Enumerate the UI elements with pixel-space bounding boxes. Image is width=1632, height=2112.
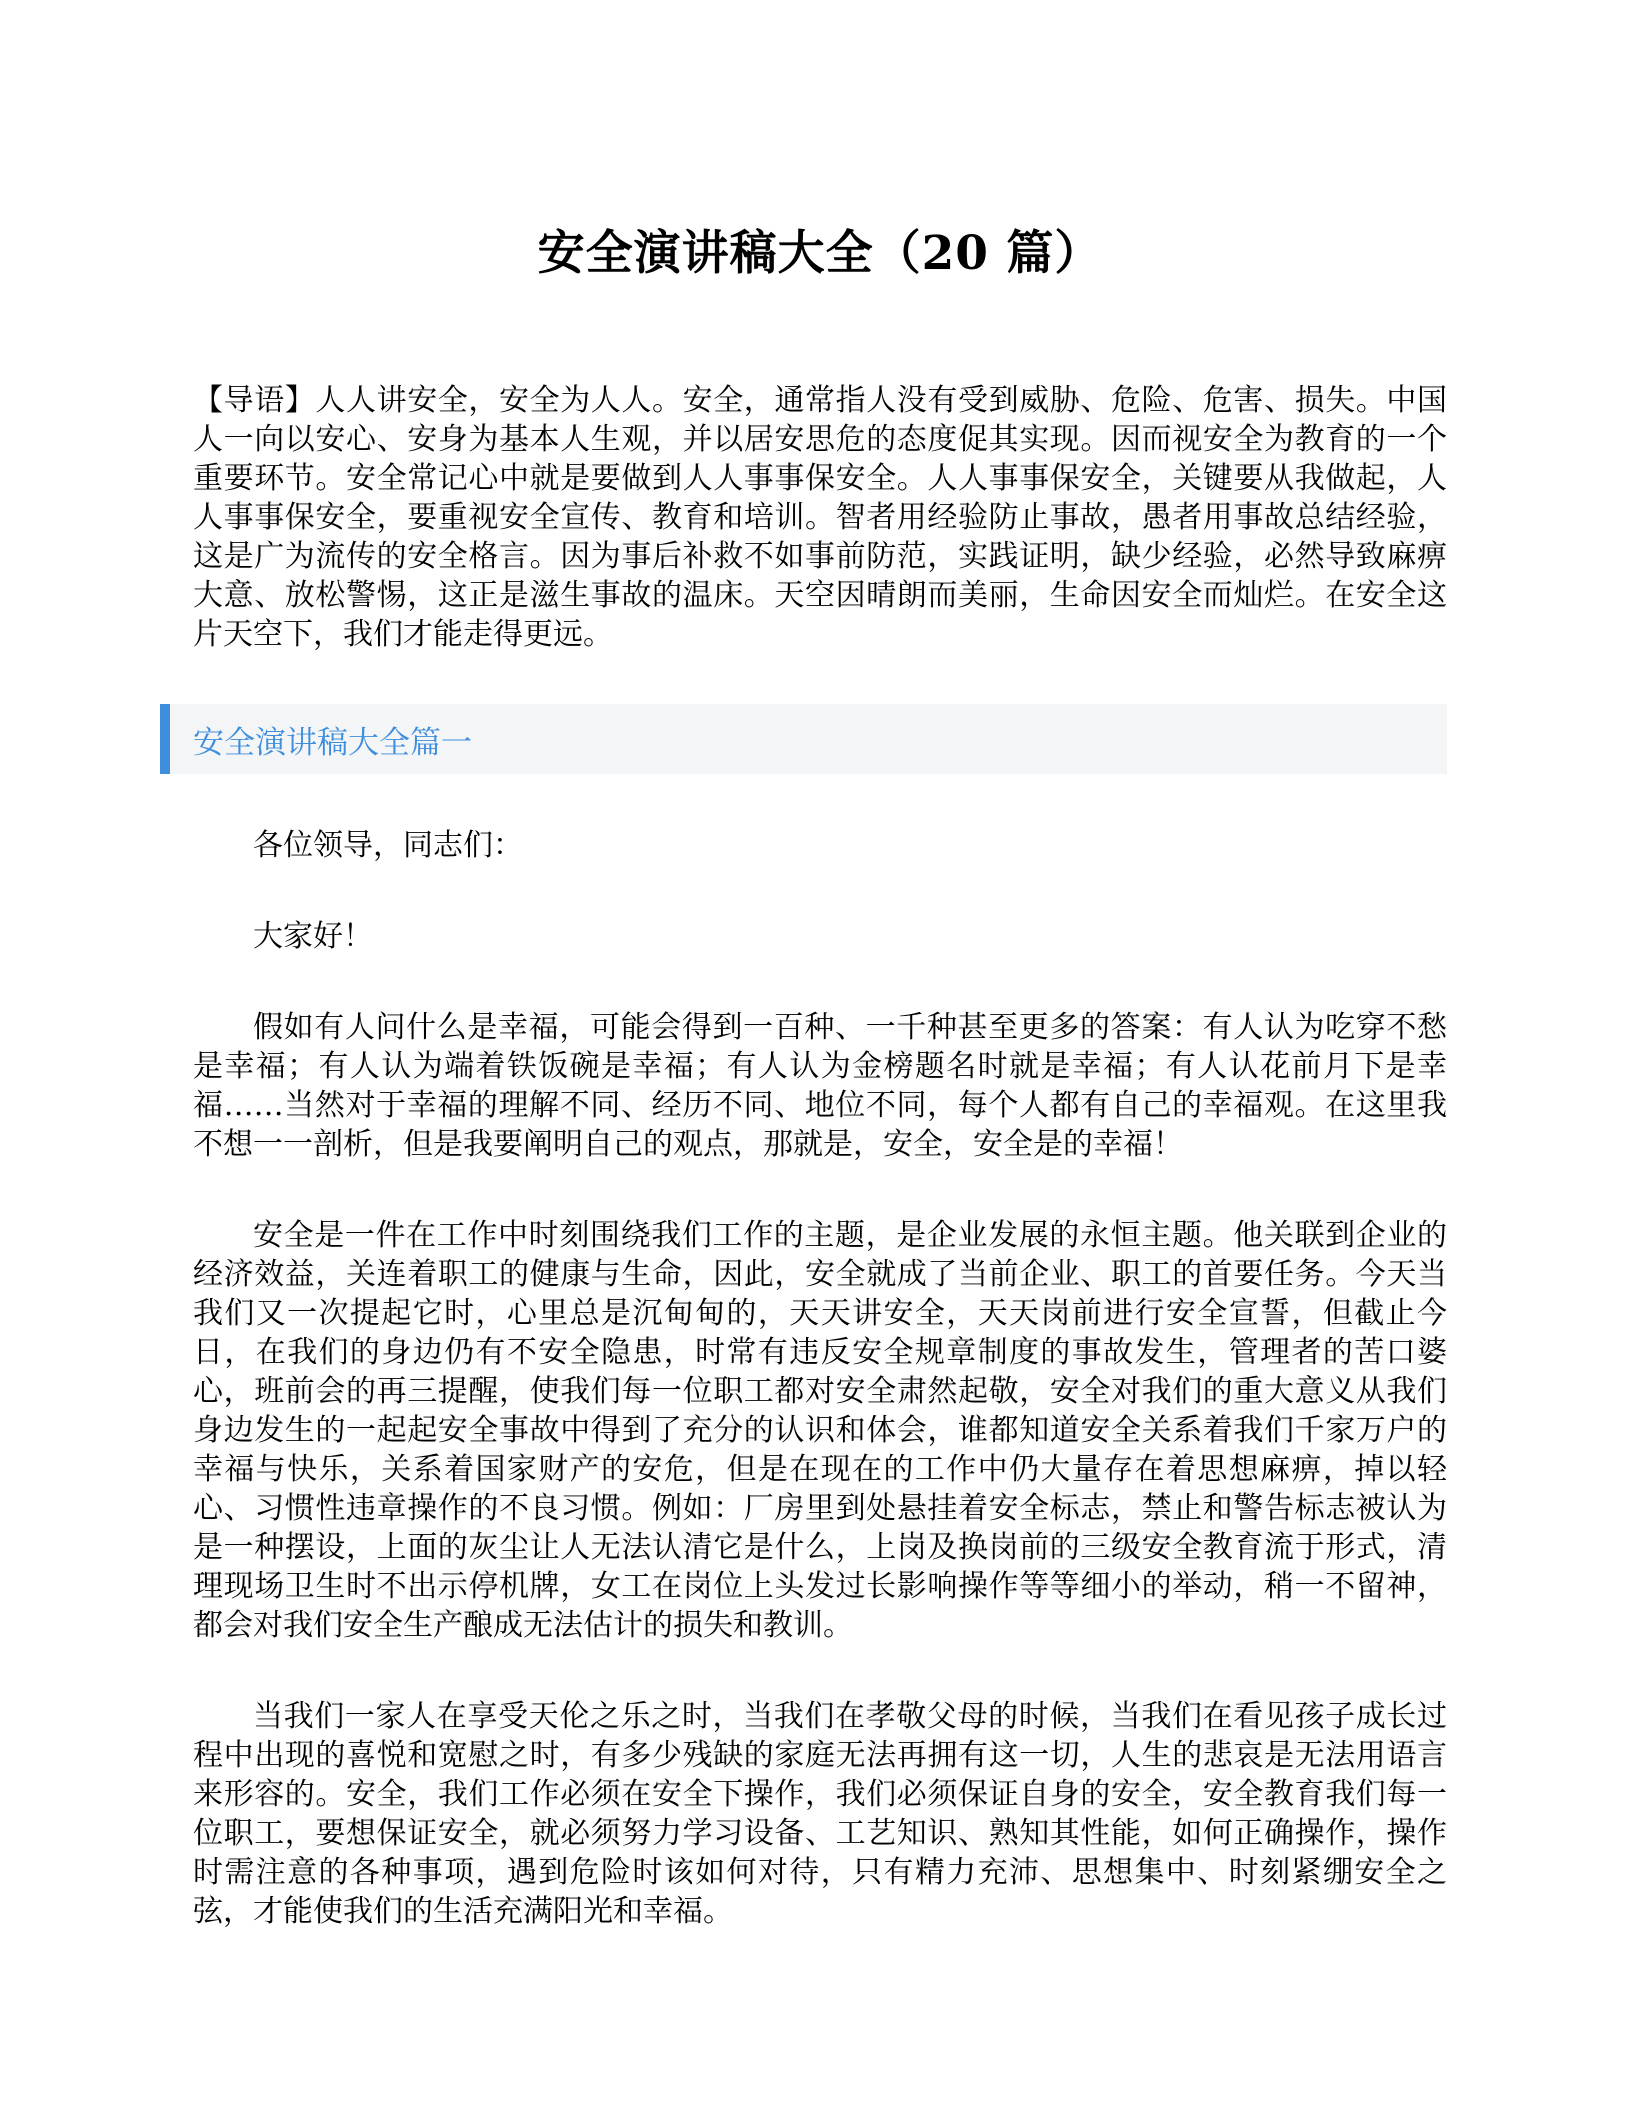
document-page: 安全演讲稿大全（20 篇） 【导语】人人讲安全，安全为人人。安全，通常指人没有受… [0,0,1632,2112]
document-content: 安全演讲稿大全（20 篇） 【导语】人人讲安全，安全为人人。安全，通常指人没有受… [0,0,1632,1931]
page-title: 安全演讲稿大全（20 篇） [193,225,1447,283]
salutation-paragraph: 各位领导，同志们： [193,826,1447,865]
greeting-paragraph: 大家好！ [193,917,1447,956]
intro-paragraph: 【导语】人人讲安全，安全为人人。安全，通常指人没有受到威胁、危险、危害、损失。中… [193,381,1447,654]
section-heading-text: 安全演讲稿大全篇一 [193,717,472,762]
body-paragraph: 假如有人问什么是幸福，可能会得到一百种、一千种甚至更多的答案：有人认为吃穿不愁是… [193,1008,1447,1164]
body-paragraph: 安全是一件在工作中时刻围绕我们工作的主题，是企业发展的永恒主题。他关联到企业的经… [193,1216,1447,1645]
section-heading-band: 安全演讲稿大全篇一 [160,704,1447,774]
body-paragraph: 当我们一家人在享受天伦之乐之时，当我们在孝敬父母的时候，当我们在看见孩子成长过程… [193,1697,1447,1931]
